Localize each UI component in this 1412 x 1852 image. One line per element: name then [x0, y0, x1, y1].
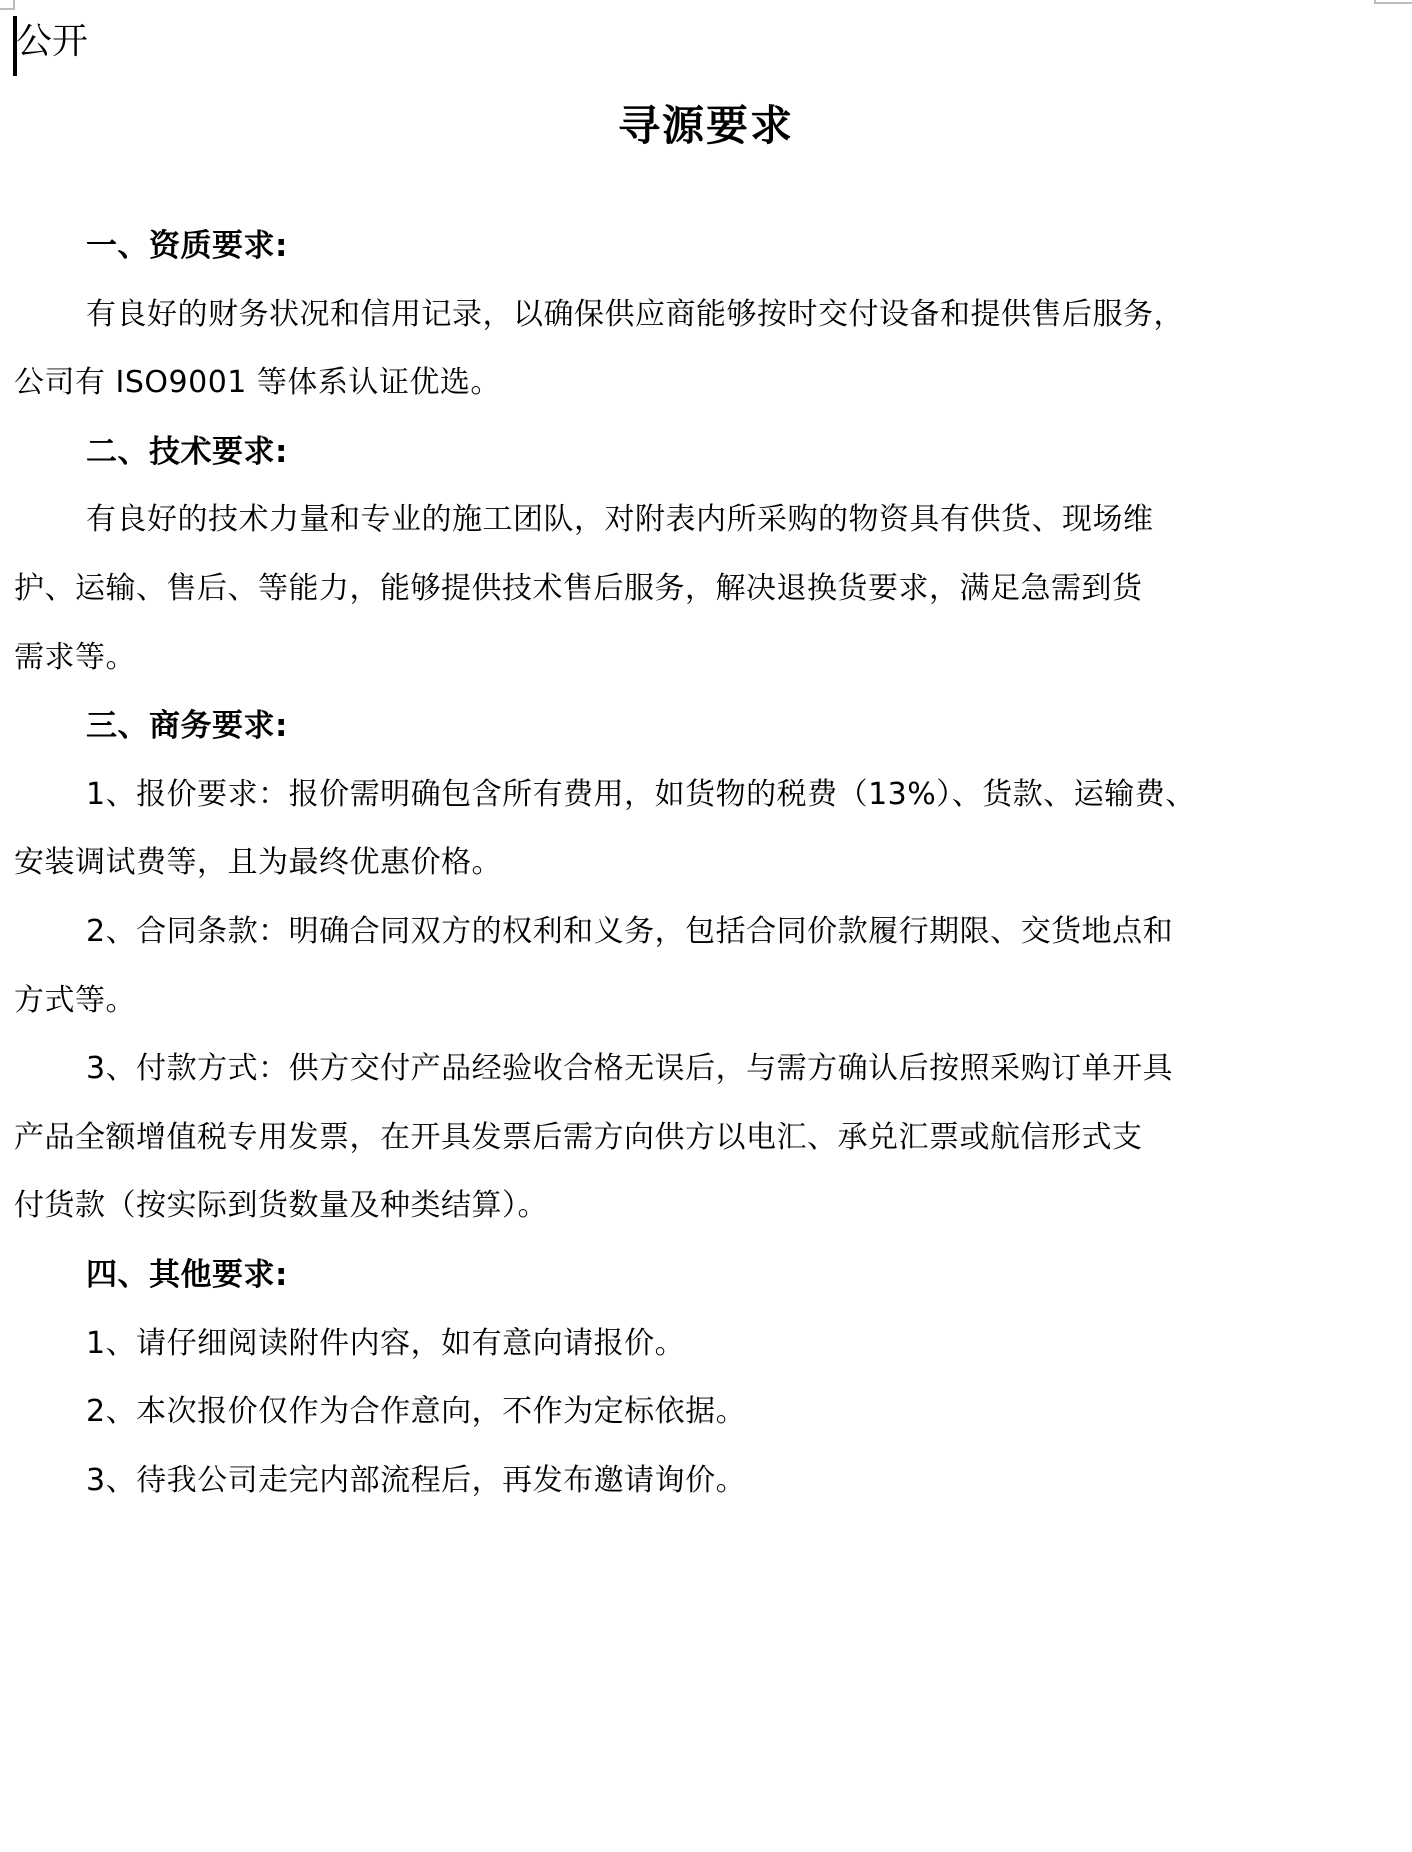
document-title: 寻源要求 [0, 100, 1412, 152]
crop-mark-top-right-horizontal [1375, 2, 1412, 4]
list-item-quote-intent: 2、本次报价仅作为合作意向，不作为定标依据。 [86, 1392, 746, 1432]
list-item-contract-terms: 2、合同条款：明确合同双方的权利和义务，包括合同价款履行期限、交货地点和 [86, 912, 1173, 952]
crop-mark-top-left-vertical [13, 0, 15, 10]
section-heading-other: 四、其他要求: [86, 1255, 288, 1295]
section-heading-commercial: 三、商务要求: [86, 706, 288, 746]
classification-label: 公开 [16, 20, 88, 64]
list-item-line: 付货款（按实际到货数量及种类结算）。 [14, 1186, 548, 1226]
list-item-line: 安装调试费等，且为最终优惠价格。 [14, 843, 502, 883]
list-item-quote-requirement: 1、报价要求：报价需明确包含所有费用，如货物的税费（13%）、货款、运输费、 [86, 775, 1196, 815]
crop-mark-top-right-vertical [1374, 0, 1376, 4]
paragraph-line: 需求等。 [14, 638, 136, 678]
crop-mark-top-left-horizontal [0, 8, 14, 10]
list-item-line: 方式等。 [14, 981, 136, 1021]
section-heading-qualification: 一、资质要求: [86, 226, 288, 266]
section-heading-technical: 二、技术要求: [86, 432, 288, 472]
list-item-read-attachment: 1、请仔细阅读附件内容，如有意向请报价。 [86, 1324, 685, 1364]
paragraph-line: 公司有 ISO9001 等体系认证优选。 [14, 363, 501, 403]
list-item-invitation: 3、待我公司走完内部流程后，再发布邀请询价。 [86, 1461, 746, 1501]
paragraph-line: 有良好的技术力量和专业的施工团队，对附表内所采购的物资具有供货、现场维 [86, 500, 1154, 540]
paragraph-line: 护、运输、售后、等能力，能够提供技术售后服务，解决退换货要求，满足急需到货 [14, 569, 1143, 609]
list-item-line: 产品全额增值税专用发票，在开具发票后需方向供方以电汇、承兑汇票或航信形式支 [14, 1118, 1143, 1158]
paragraph-line: 有良好的财务状况和信用记录，以确保供应商能够按时交付设备和提供售后服务， [86, 295, 1184, 335]
list-item-payment-method: 3、付款方式：供方交付产品经验收合格无误后，与需方确认后按照采购订单开具 [86, 1049, 1173, 1089]
